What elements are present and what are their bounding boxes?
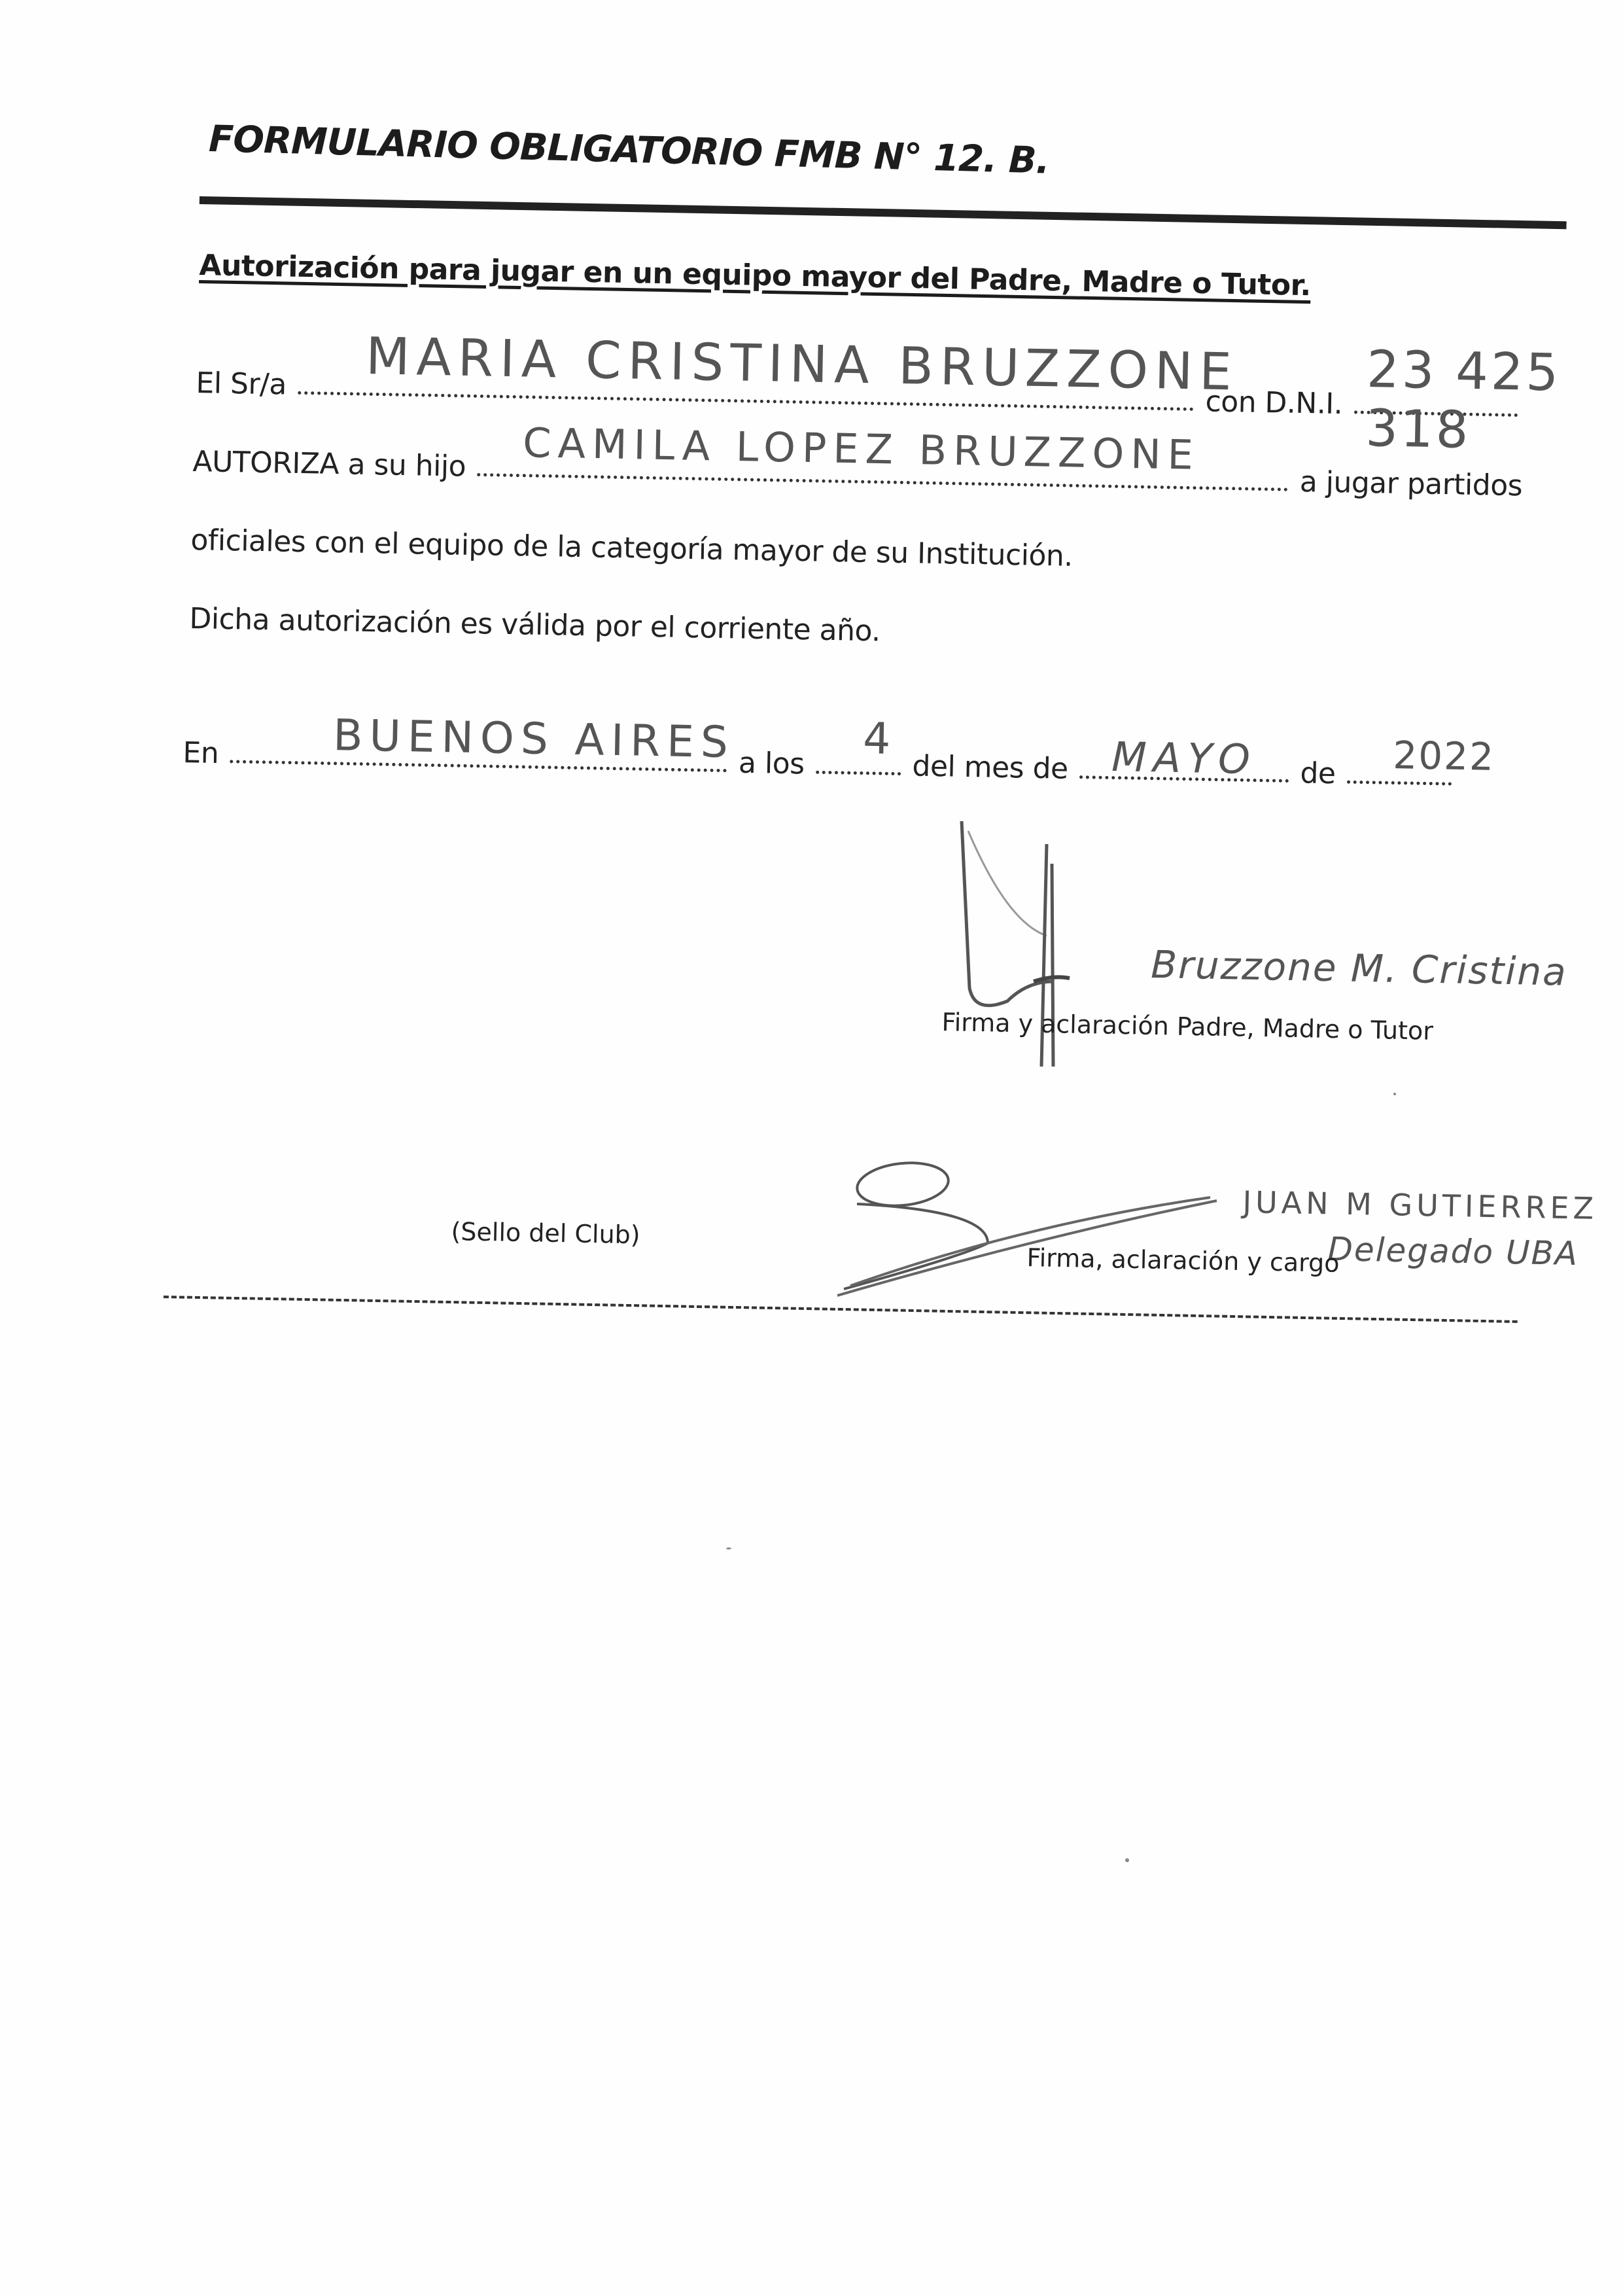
label-autoriza: AUTORIZA a su hijo: [192, 445, 466, 484]
label-a-jugar: a jugar partidos: [1299, 465, 1522, 503]
delegate-signature-caption: Firma, aclaración y cargo: [1026, 1243, 1340, 1278]
form-subtitle: Autorización para jugar en un equipo may…: [199, 249, 1311, 302]
scan-speck: [1393, 1093, 1396, 1095]
line-validez: Dicha autorización es válida por el corr…: [189, 602, 881, 648]
handwritten-day: 4: [863, 713, 898, 764]
club-stamp-caption: (Sello del Club): [451, 1217, 640, 1249]
form-title: FORMULARIO OBLIGATORIO FMB N° 12. B.: [208, 118, 1049, 183]
form-page: FORMULARIO OBLIGATORIO FMB N° 12. B. Aut…: [0, 0, 1623, 2296]
label-a-los: a los: [739, 747, 805, 781]
parent-signature-mark: [955, 818, 1164, 1080]
label-sr: El Sr/a: [196, 366, 287, 402]
scan-speck: [1125, 1858, 1129, 1862]
label-en: En: [183, 736, 219, 770]
handwritten-dni: 23 425 318: [1365, 340, 1623, 463]
handwritten-delegate-role: Delegado UBA: [1327, 1230, 1579, 1273]
field-day[interactable]: [816, 771, 901, 775]
scan-speck: [726, 1547, 731, 1549]
handwritten-delegate-name: JUAN M GUTIERREZ: [1242, 1184, 1597, 1226]
handwritten-parent-clarification: Bruzzone M. Cristina: [1151, 942, 1568, 995]
handwritten-month: MAYO: [1111, 733, 1257, 783]
delegate-signature-mark: [831, 1145, 1328, 1302]
title-rule: [200, 196, 1567, 229]
label-del-mes: del mes de: [912, 749, 1068, 785]
label-de: de: [1300, 756, 1336, 790]
handwritten-year: 2022: [1393, 733, 1495, 779]
handwritten-city: BUENOS AIRES: [333, 710, 735, 768]
field-year[interactable]: [1347, 781, 1452, 786]
line-oficiales: oficiales con el equipo de la categoría …: [190, 523, 1073, 573]
